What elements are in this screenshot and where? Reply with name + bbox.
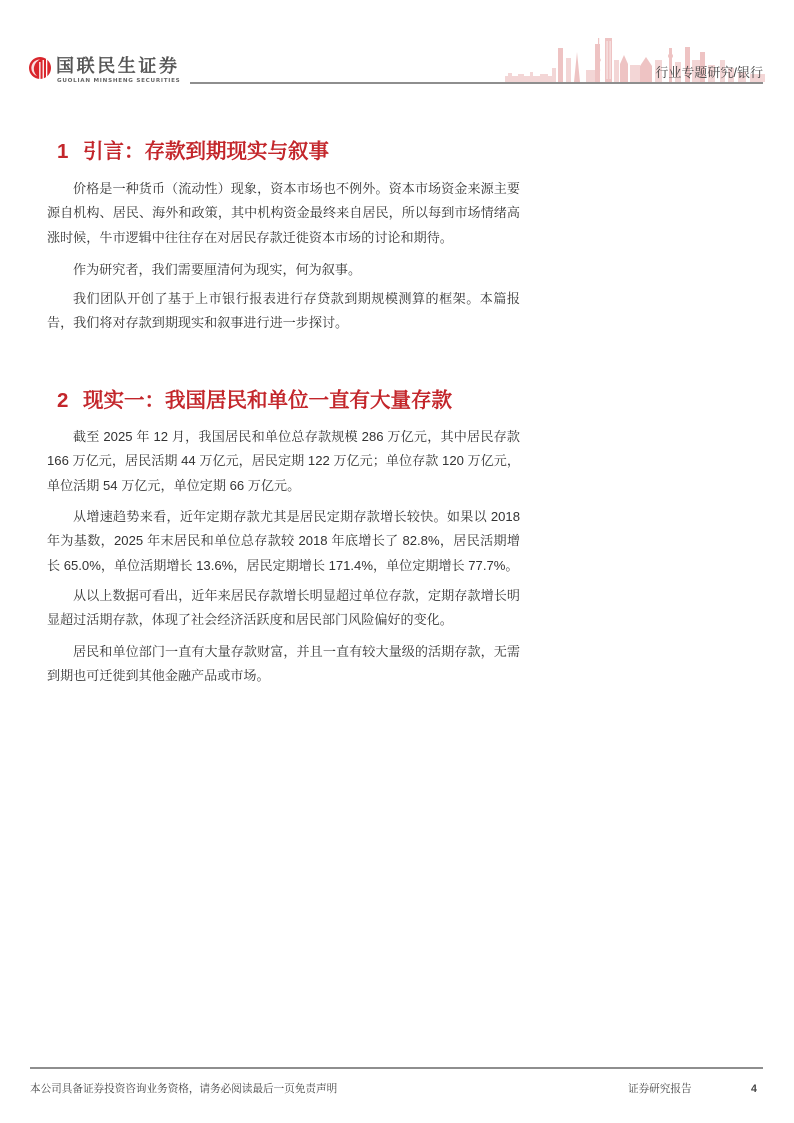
text-line: 年为基数，2025 年末居民和单位总存款较 2018 年底增长了 82.8%，居… [47, 529, 520, 553]
section-heading: 1引言：存款到期现实与叙事 [57, 138, 329, 166]
paragraph: 从以上数据可看出，近年来居民存款增长明显超过单位存款，定期存款增长明 显超过活期… [47, 584, 520, 633]
text-line: 到期也可迁徙到其他金融产品或市场。 [47, 664, 520, 688]
text-line: 涨时候，牛市逻辑中往往存在对居民存款迁徙资本市场的讨论和期待。 [47, 226, 520, 250]
footer-divider [30, 1067, 763, 1069]
paragraph: 从增速趋势来看，近年定期存款尤其是居民定期存款增长较快。如果以 2018 年为基… [47, 505, 520, 578]
text-line: 单位活期 54 万亿元，单位定期 66 万亿元。 [47, 474, 520, 498]
text-line: 显超过活期存款，体现了社会经济活跃度和居民部门风险偏好的变化。 [47, 608, 520, 632]
text-line: 166 万亿元，居民活期 44 万亿元，居民定期 122 万亿元；单位存款 12… [47, 449, 520, 473]
text-line: 居民和单位部门一直有大量存款财富，并且一直有较大量级的活期存款，无需 [47, 640, 520, 664]
text-line: 作为研究者，我们需要厘清何为现实，何为叙事。 [47, 258, 520, 282]
guolian-logo-icon [28, 56, 52, 80]
company-name-cn: 国联民生证券 [56, 57, 180, 77]
paragraph: 截至 2025 年 12 月，我国居民和单位总存款规模 286 万亿元，其中居民… [47, 425, 520, 498]
text-line: 源自机构、居民、海外和政策，其中机构资金最终来自居民，所以每到市场情绪高 [47, 201, 520, 225]
paragraph: 我们团队开创了基于上市银行报表进行存贷款到期规模测算的框架。本篇报 告，我们将对… [47, 287, 520, 336]
section-title: 现实一：我国居民和单位一直有大量存款 [83, 389, 452, 412]
section-number: 2 [57, 387, 83, 415]
paragraph: 作为研究者，我们需要厘清何为现实，何为叙事。 [47, 258, 520, 282]
page-number: 4 [751, 1082, 757, 1096]
document-page: 国联民生证券 GUOLIAN MINSHENG SECURITIES [0, 0, 794, 1123]
footer-disclaimer: 本公司具备证券投资咨询业务资格，请务必阅读最后一页免责声明 [30, 1082, 337, 1096]
company-name-en: GUOLIAN MINSHENG SECURITIES [57, 78, 180, 84]
footer-report-type: 证券研究报告 [628, 1082, 692, 1096]
paragraph: 价格是一种货币（流动性）现象，资本市场也不例外。资本市场资金来源主要 源自机构、… [47, 177, 520, 250]
text-line: 截至 2025 年 12 月，我国居民和单位总存款规模 286 万亿元，其中居民… [47, 425, 520, 449]
section-number: 1 [57, 138, 83, 166]
text-line: 我们团队开创了基于上市银行报表进行存贷款到期规模测算的框架。本篇报 [47, 287, 520, 311]
section-title: 引言：存款到期现实与叙事 [83, 140, 329, 163]
text-line: 从增速趋势来看，近年定期存款尤其是居民定期存款增长较快。如果以 2018 [47, 505, 520, 529]
section-heading: 2现实一：我国居民和单位一直有大量存款 [57, 387, 452, 415]
header-divider [190, 82, 763, 84]
text-line: 从以上数据可看出，近年来居民存款增长明显超过单位存款，定期存款增长明 [47, 584, 520, 608]
text-line: 价格是一种货币（流动性）现象，资本市场也不例外。资本市场资金来源主要 [47, 177, 520, 201]
paragraph: 居民和单位部门一直有大量存款财富，并且一直有较大量级的活期存款，无需 到期也可迁… [47, 640, 520, 689]
text-line: 告，我们将对存款到期现实和叙事进行进一步探讨。 [47, 311, 520, 335]
report-category: 行业专题研究/银行 [655, 65, 763, 81]
text-line: 长 65.0%，单位活期增长 13.6%，居民定期增长 171.4%，单位定期增… [47, 554, 520, 578]
